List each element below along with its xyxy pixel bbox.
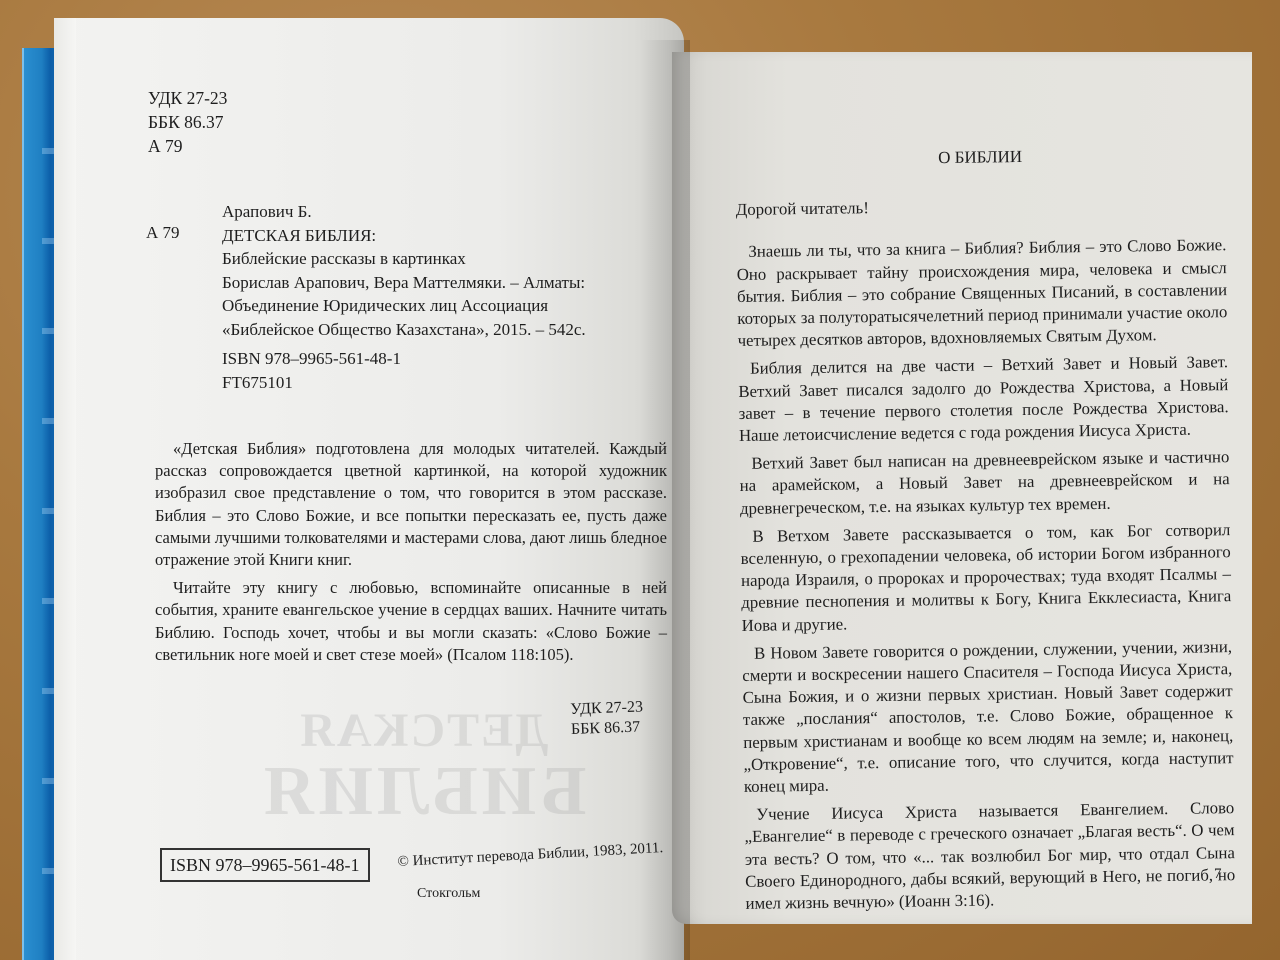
intro-paragraph: «Детская Библия» подготовлена для молоды… bbox=[155, 438, 667, 571]
body-paragraph: Библия делится на две части – Ветхий Зав… bbox=[738, 352, 1229, 448]
classification-codes: УДК 27-23 ББК 86.37 А 79 bbox=[148, 86, 227, 158]
author: Арапович Б. bbox=[222, 200, 586, 224]
classification-codes-bottom: УДК 27-23 ББК 86.37 bbox=[570, 697, 644, 740]
page-number: 7 bbox=[1214, 866, 1222, 883]
intro-text: «Детская Библия» подготовлена для молоды… bbox=[155, 438, 667, 666]
intro-paragraph: Читайте эту книгу с любовью, вспоминайте… bbox=[155, 577, 667, 666]
body-paragraph: В Ветхом Завете рассказывается о том, ка… bbox=[740, 519, 1232, 637]
book-title: ДЕТСКАЯ БИБЛИЯ: bbox=[222, 224, 586, 248]
author-mark: А 79 bbox=[146, 223, 180, 243]
body-paragraph: Учение Иисуса Христа называется Евангели… bbox=[744, 797, 1236, 915]
body-paragraph: Знаешь ли ты, что за книга – Библия? Биб… bbox=[736, 235, 1228, 353]
isbn: ISBN 978–9965-561-48-1 bbox=[222, 347, 401, 371]
catalog-code: FT675101 bbox=[222, 371, 401, 395]
isbn-block: ISBN 978–9965-561-48-1 FT675101 bbox=[222, 347, 401, 395]
body-paragraph: В Новом Завете говорится о рождении, слу… bbox=[742, 636, 1234, 798]
greeting: Дорогой читатель! bbox=[736, 192, 1226, 221]
isbn-boxed: ISBN 978–9965-561-48-1 bbox=[160, 848, 370, 882]
about-bible-section: О БИБЛИИ Дорогой читатель! Знаешь ли ты,… bbox=[735, 143, 1236, 915]
cover-title-show-through: ДЕТСКАЯ БИБЛИЯ bbox=[260, 705, 586, 827]
bibliographic-record: Арапович Б. ДЕТСКАЯ БИБЛИЯ: Библейские р… bbox=[222, 200, 586, 341]
left-page-edge bbox=[54, 18, 76, 960]
body-paragraph: Ветхий Завет был написан на древнееврейс… bbox=[739, 446, 1230, 519]
publication-city: Стокгольм bbox=[417, 883, 480, 905]
